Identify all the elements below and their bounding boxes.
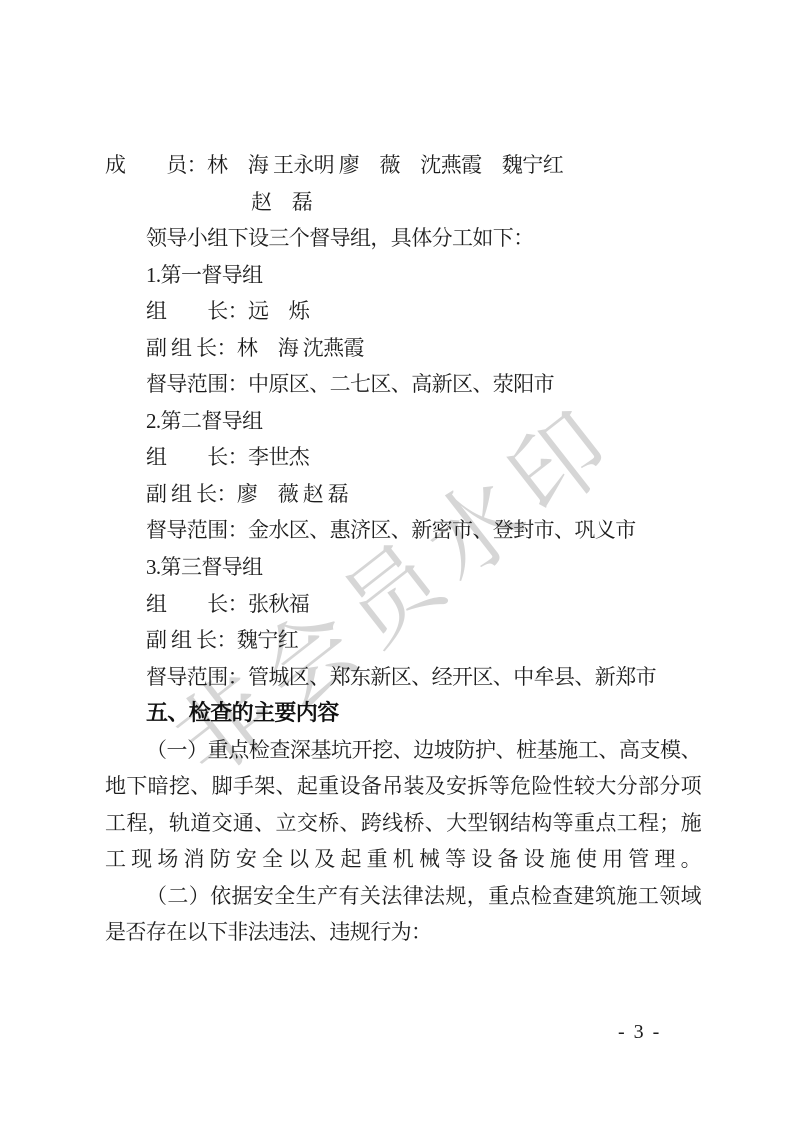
paragraph-2-line-2: 是否存在以下非法违法、违规行为： <box>105 914 701 951</box>
group-2-deputy: 副 组 长：廖 薇 赵 磊 <box>105 476 701 513</box>
group-3-scope: 督导范围：管城区、郑东新区、经开区、中牟县、新郑市 <box>105 659 701 696</box>
members-line: 成 员：林 海 王永明 廖 薇 沈燕霞 魏宁红 <box>105 147 701 184</box>
paragraph-1-line-3: 工程，轨道交通、立交桥、跨线桥、大型钢结构等重点工程；施 <box>105 805 701 842</box>
group-3-leader: 组 长：张秋福 <box>105 586 701 623</box>
document-content: 成 员：林 海 王永明 廖 薇 沈燕霞 魏宁红 赵 磊 领导小组下设三个督导组，… <box>105 147 701 951</box>
paragraph-1-line-2: 地下暗挖、脚手架、起重设备吊装及安拆等危险性较大分部分项 <box>105 768 701 805</box>
paragraph-1-line-4: 工现场消防安全以及起重机械等设备设施使用管理。 <box>105 841 701 878</box>
intro-line: 领导小组下设三个督导组，具体分工如下： <box>105 220 701 257</box>
group-2-leader: 组 长：李世杰 <box>105 439 701 476</box>
members-line-continued: 赵 磊 <box>105 184 701 221</box>
group-3-title: 3.第三督导组 <box>105 549 701 586</box>
group-1-title: 1.第一督导组 <box>105 257 701 294</box>
group-1-leader: 组 长：远 烁 <box>105 293 701 330</box>
document-page: 非会员水印 成 员：林 海 王永明 廖 薇 沈燕霞 魏宁红 赵 磊 领导小组下设… <box>0 0 793 1122</box>
group-2-scope: 督导范围：金水区、惠济区、新密市、登封市、巩义市 <box>105 512 701 549</box>
group-3-deputy: 副 组 长：魏宁红 <box>105 622 701 659</box>
group-1-scope: 督导范围：中原区、二七区、高新区、荥阳市 <box>105 366 701 403</box>
group-1-deputy: 副 组 长：林 海 沈燕霞 <box>105 330 701 367</box>
section-heading: 五、检查的主要内容 <box>105 695 701 732</box>
paragraph-2-line-1: （二）依据安全生产有关法律法规，重点检查建筑施工领域 <box>105 878 701 915</box>
group-2-title: 2.第二督导组 <box>105 403 701 440</box>
paragraph-1-line-1: （一）重点检查深基坑开挖、边坡防护、桩基施工、高支模、 <box>105 732 701 769</box>
page-number: - 3 - <box>618 1021 661 1044</box>
